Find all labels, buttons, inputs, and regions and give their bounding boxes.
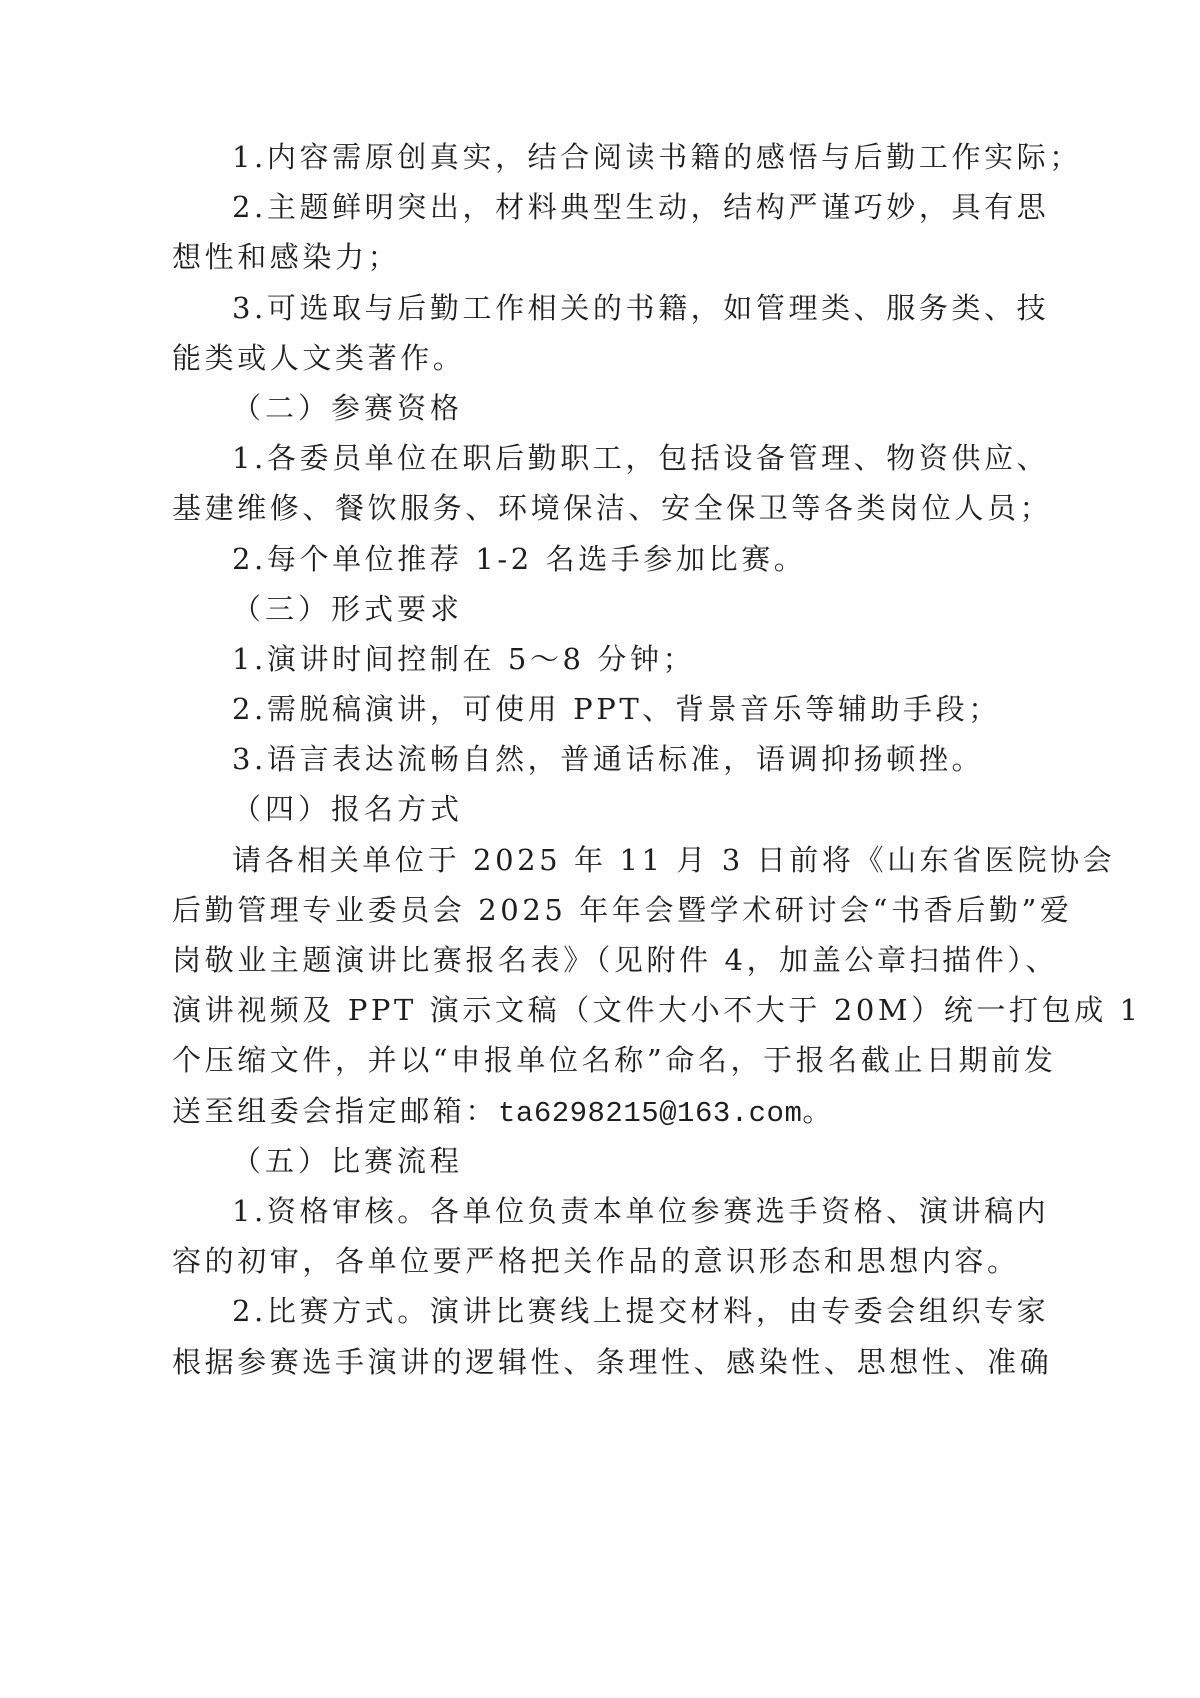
format-item-2: 2.需脱稿演讲，可使用 PPT、背景音乐等辅助手段； bbox=[172, 684, 1062, 734]
registration-paragraph-line-3: 岗敬业主题演讲比赛报名表》（见附件 4，加盖公章扫描件）、 bbox=[172, 935, 1062, 985]
registration-paragraph-line-2: 后勤管理专业委员会 2025 年年会暨学术研讨会“书香后勤”爱 bbox=[172, 885, 1062, 935]
section-heading-process: （五）比赛流程 bbox=[172, 1136, 1062, 1186]
eligibility-item-1-cont: 基建维修、餐饮服务、环境保洁、安全保卫等各类岗位人员； bbox=[172, 483, 1062, 533]
format-item-3: 3.语言表达流畅自然，普通话标准，语调抑扬顿挫。 bbox=[172, 734, 1062, 784]
process-item-2-cont: 根据参赛选手演讲的逻辑性、条理性、感染性、思想性、准确 bbox=[172, 1337, 1062, 1387]
content-requirement-2: 2.主题鲜明突出，材料典型生动，结构严谨巧妙，具有思 bbox=[172, 182, 1062, 232]
registration-paragraph-line-1: 请各相关单位于 2025 年 11 月 3 日前将《山东省医院协会 bbox=[172, 835, 1062, 885]
section-heading-format: （三）形式要求 bbox=[172, 584, 1062, 634]
document-page: 1.内容需原创真实，结合阅读书籍的感悟与后勤工作实际； 2.主题鲜明突出，材料典… bbox=[0, 0, 1200, 1698]
format-item-1: 1.演讲时间控制在 5～8 分钟； bbox=[172, 634, 1062, 684]
document-body: 1.内容需原创真实，结合阅读书籍的感悟与后勤工作实际； 2.主题鲜明突出，材料典… bbox=[172, 132, 1062, 1387]
process-item-1: 1.资格审核。各单位负责本单位参赛选手资格、演讲稿内 bbox=[172, 1186, 1062, 1236]
registration-paragraph-line-4: 演讲视频及 PPT 演示文稿（文件大小不大于 20M）统一打包成 1 bbox=[172, 985, 1062, 1035]
process-item-2: 2.比赛方式。演讲比赛线上提交材料，由专委会组织专家 bbox=[172, 1286, 1062, 1336]
registration-email-line: 送至组委会指定邮箱：ta6298215@163.com。 bbox=[172, 1086, 1062, 1136]
content-requirement-1: 1.内容需原创真实，结合阅读书籍的感悟与后勤工作实际； bbox=[172, 132, 1062, 182]
section-heading-eligibility: （二）参赛资格 bbox=[172, 383, 1062, 433]
registration-paragraph-line-5: 个压缩文件，并以“申报单位名称”命名，于报名截止日期前发 bbox=[172, 1035, 1062, 1085]
process-item-1-cont: 容的初审，各单位要严格把关作品的意识形态和思想内容。 bbox=[172, 1236, 1062, 1286]
eligibility-item-1: 1.各委员单位在职后勤职工，包括设备管理、物资供应、 bbox=[172, 433, 1062, 483]
eligibility-item-2: 2.每个单位推荐 1-2 名选手参加比赛。 bbox=[172, 534, 1062, 584]
email-suffix: 。 bbox=[802, 1094, 835, 1128]
content-requirement-2-cont: 想性和感染力； bbox=[172, 232, 1062, 282]
registration-email: ta6298215@163.com bbox=[498, 1097, 802, 1130]
content-requirement-3-cont: 能类或人文类著作。 bbox=[172, 333, 1062, 383]
section-heading-registration: （四）报名方式 bbox=[172, 784, 1062, 834]
content-requirement-3: 3.可选取与后勤工作相关的书籍，如管理类、服务类、技 bbox=[172, 283, 1062, 333]
email-prefix: 送至组委会指定邮箱： bbox=[172, 1094, 498, 1128]
